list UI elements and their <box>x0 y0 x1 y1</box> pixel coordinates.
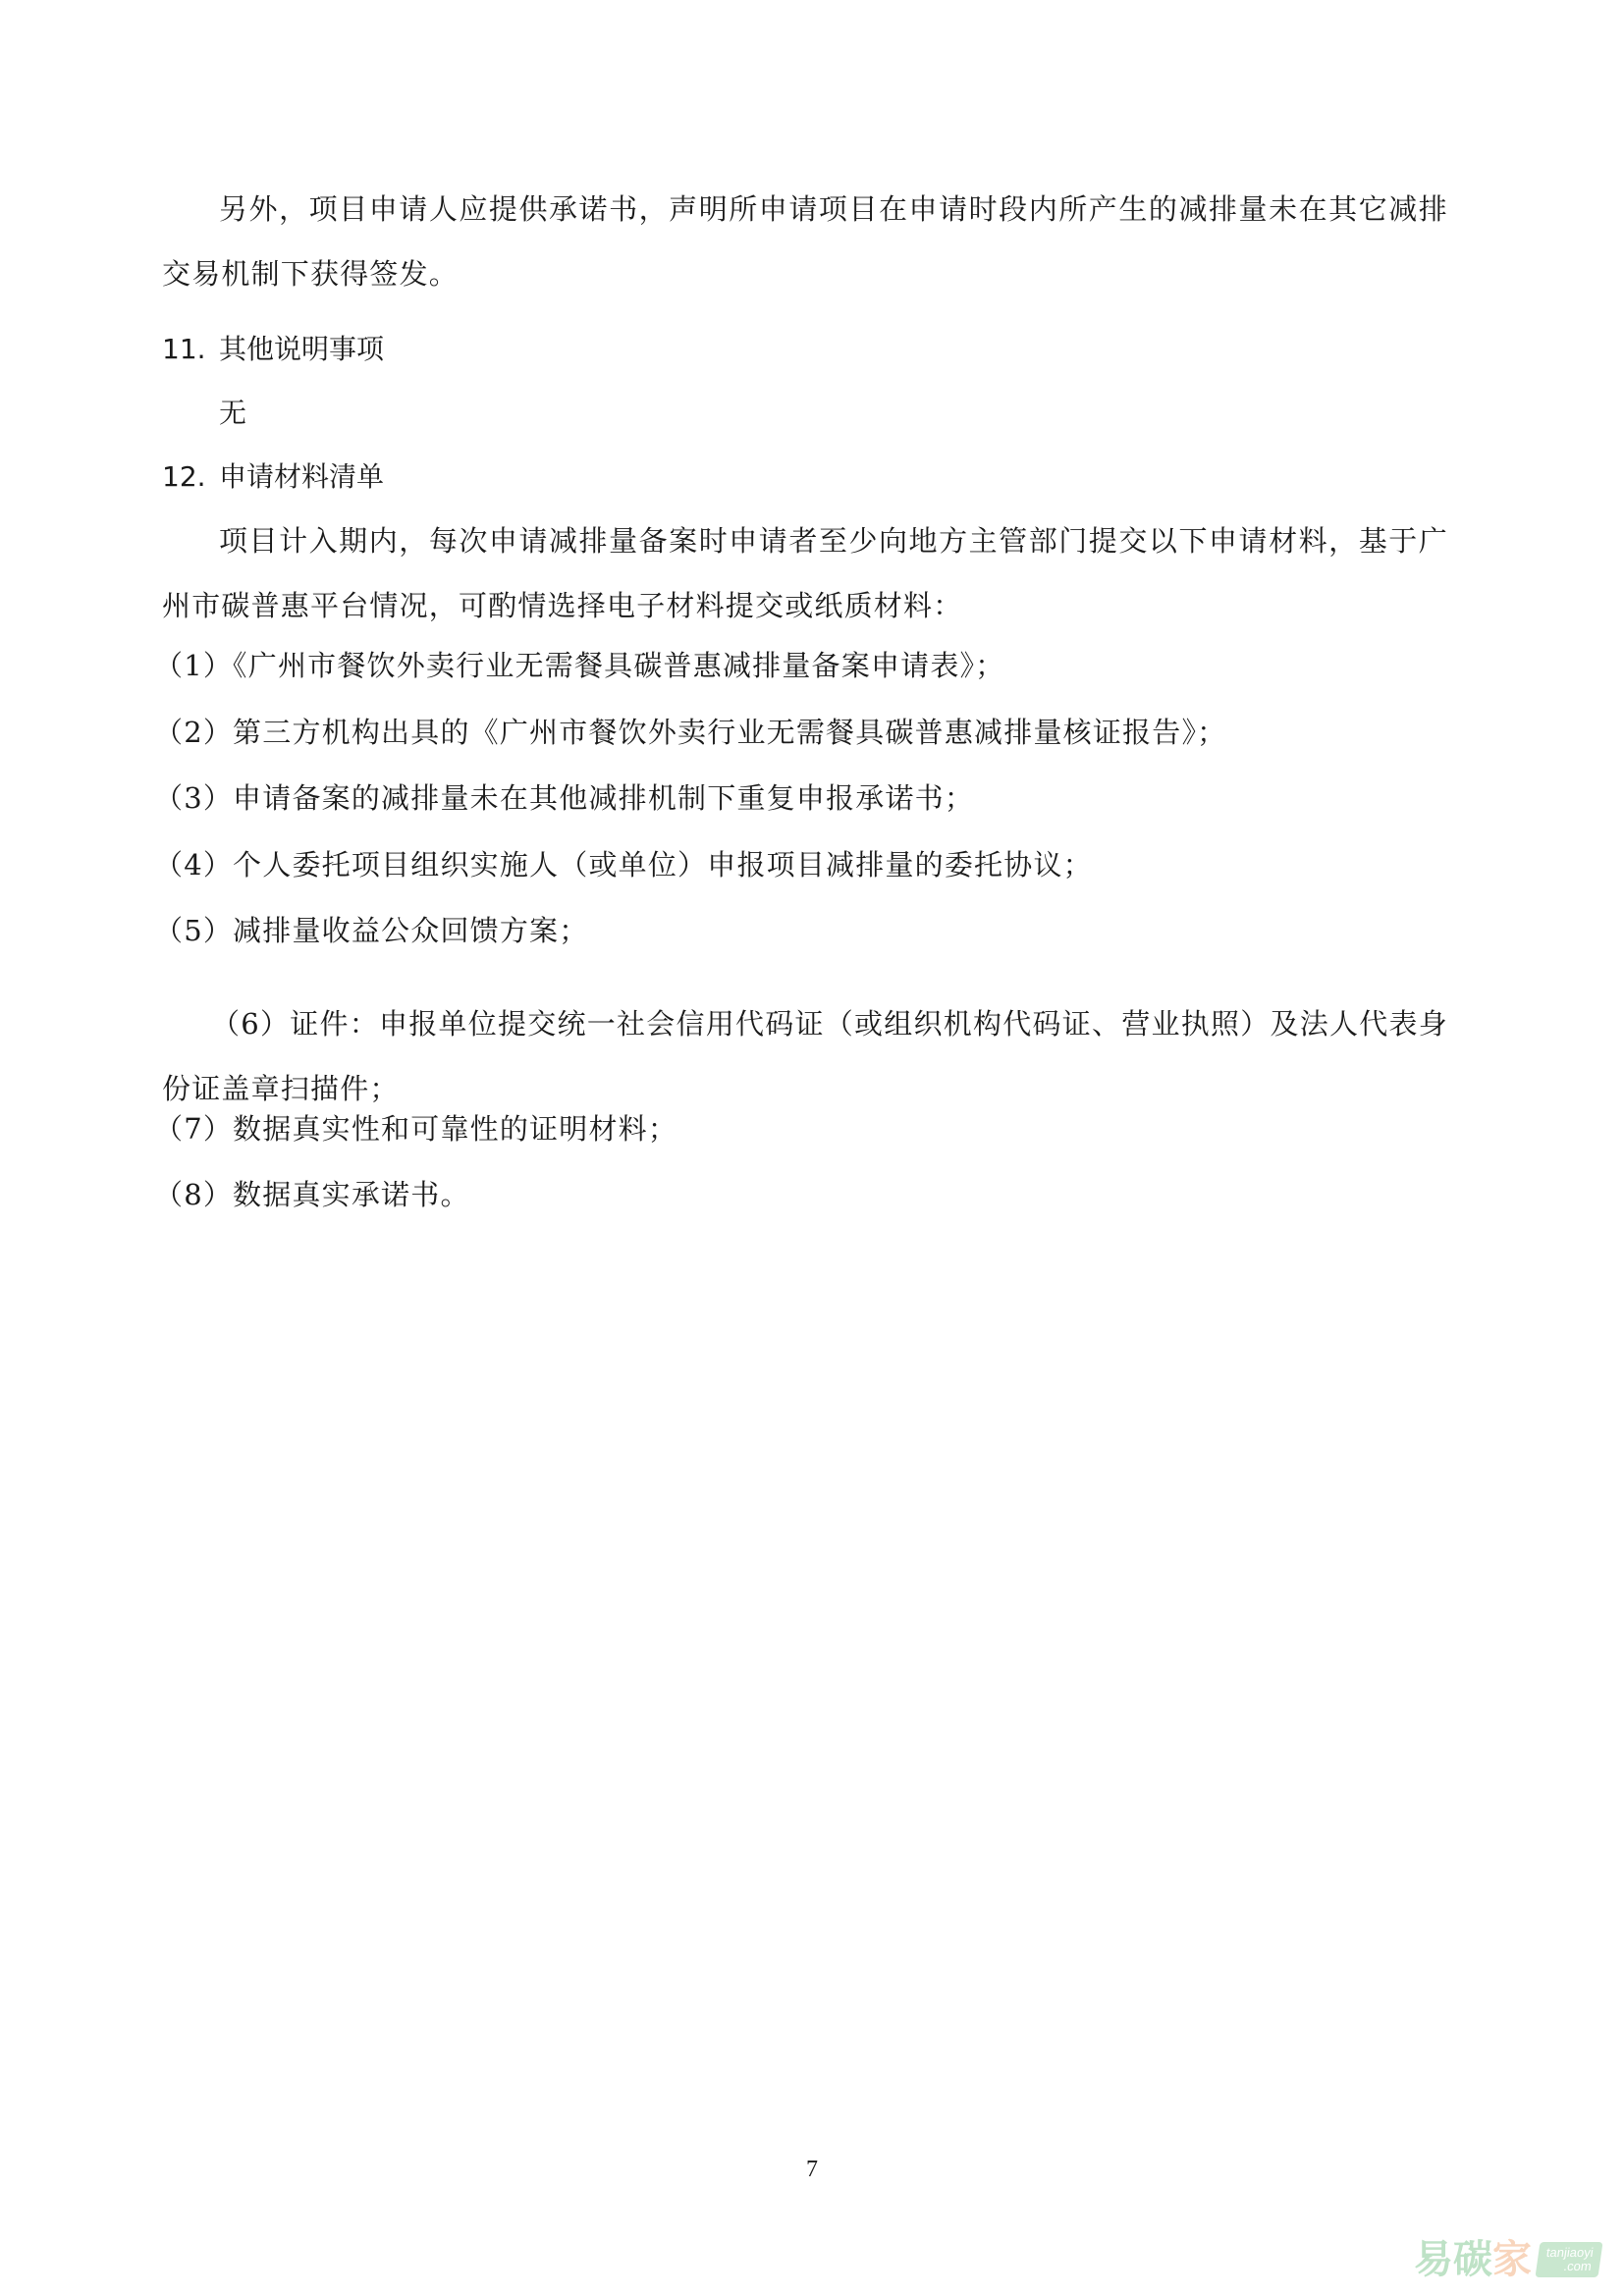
section-heading-11: 11.其他说明事项 <box>162 330 384 369</box>
watermark-logo: 易 碳 家 tanjiaoyi .com <box>1414 2238 1600 2281</box>
list-item: （2）第三方机构出具的《广州市餐饮外卖行业无需餐具碳普惠减排量核证报告》； <box>154 713 1226 752</box>
list-item: （1）《广州市餐饮外卖行业无需餐具碳普惠减排量备案申请表》； <box>154 646 1004 685</box>
watermark-badge: tanjiaoyi .com <box>1535 2242 1602 2277</box>
list-item: （7）数据真实性和可靠性的证明材料； <box>154 1109 677 1148</box>
list-item: （3）申请备案的减排量未在其他减排机制下重复申报承诺书； <box>154 778 974 818</box>
section-title: 其他说明事项 <box>219 333 384 365</box>
list-item: （4）个人委托项目组织实施人（或单位）申报项目减排量的委托协议； <box>154 845 1093 884</box>
list-item: （5）减排量收益公众回馈方案； <box>154 911 588 950</box>
watermark-char: 易 <box>1414 2238 1453 2281</box>
section-number: 12. <box>162 457 219 497</box>
watermark-char: 家 <box>1492 2238 1532 2281</box>
section-number: 11. <box>162 330 219 369</box>
watermark-badge-line2: .com <box>1543 2260 1593 2273</box>
section-title: 申请材料清单 <box>219 460 384 493</box>
watermark-badge-line1: tanjiaoyi <box>1545 2246 1595 2260</box>
watermark-char: 碳 <box>1453 2238 1492 2281</box>
list-item: （6）证件：申报单位提交统一社会信用代码证（或组织机构代码证、营业执照）及法人代… <box>162 991 1448 1121</box>
section-11-body: 无 <box>219 394 246 433</box>
intro-paragraph: 另外，项目申请人应提供承诺书，声明所申请项目在申请时段内所产生的减排量未在其它减… <box>162 177 1448 306</box>
section-12-body: 项目计入期内，每次申请减排量备案时申请者至少向地方主管部门提交以下申请材料，基于… <box>162 508 1448 638</box>
page-number: 7 <box>0 2155 1624 2184</box>
list-item: （8）数据真实承诺书。 <box>154 1175 470 1214</box>
section-heading-12: 12.申请材料清单 <box>162 457 384 497</box>
